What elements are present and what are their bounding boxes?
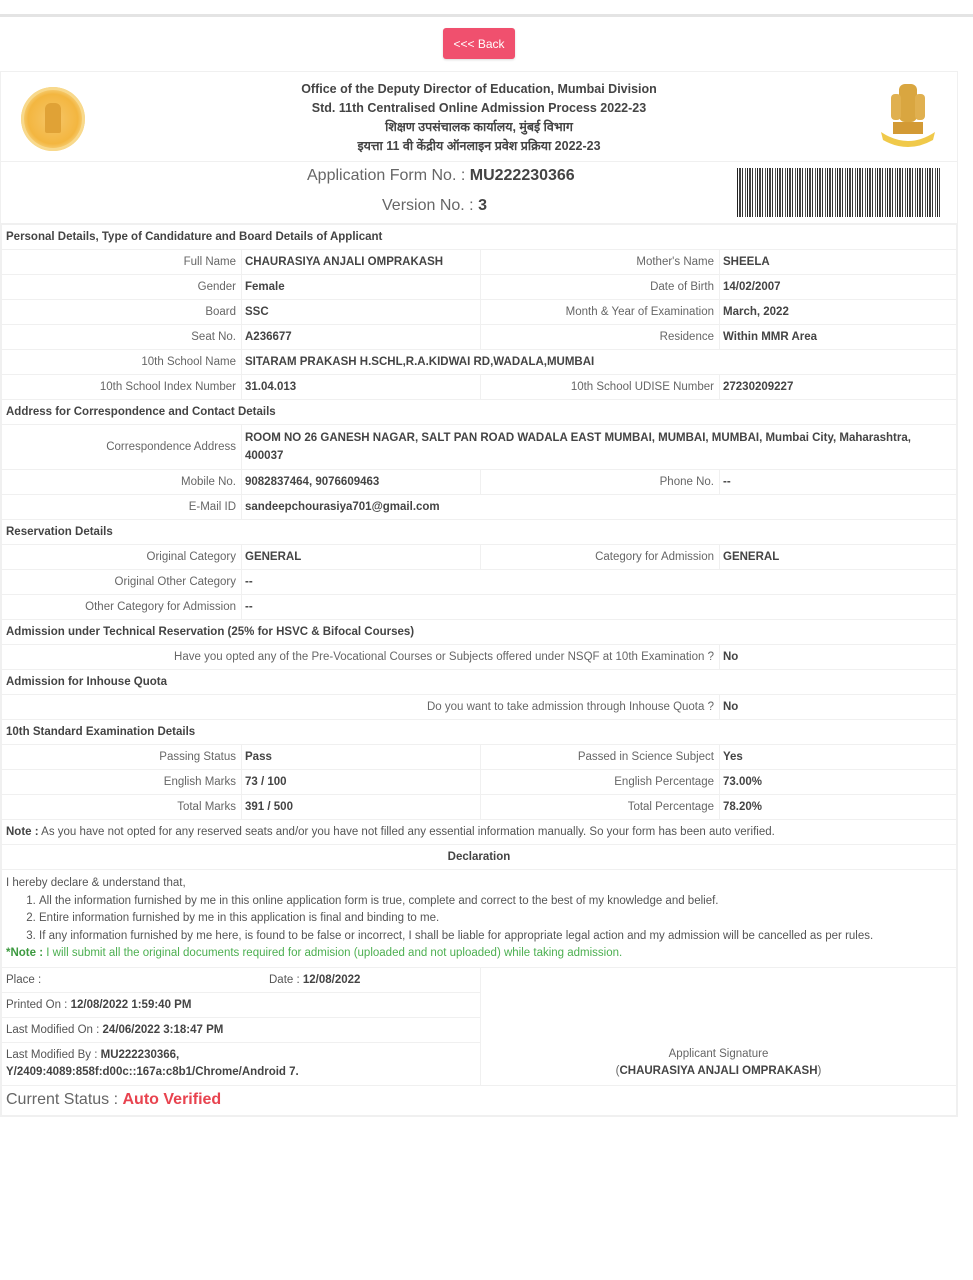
label: Mobile No.	[2, 470, 242, 495]
modified-label: Last Modified On :	[6, 1024, 99, 1036]
section-personal: Personal Details, Type of Candidature an…	[2, 225, 957, 250]
current-status: Current Status : Auto Verified	[2, 1085, 957, 1115]
label: Month & Year of Examination	[481, 300, 720, 325]
english-marks-value: 73 / 100	[242, 770, 481, 795]
form-number-label: Application Form No. :	[307, 167, 465, 184]
label: Total Marks	[2, 795, 242, 820]
header-line-3: शिक्षण उपसंचालक कार्यालय, मुंबई विभाग	[1, 118, 957, 137]
section-exam: 10th Standard Examination Details	[2, 720, 957, 745]
declaration-item: If any information furnished by me here,…	[39, 928, 952, 946]
residence-value: Within MMR Area	[720, 325, 957, 350]
mother-name-value: SHEELA	[720, 250, 957, 275]
form-number-line: Application Form No. : MU222230366	[307, 167, 575, 185]
declaration-note: *Note : I will submit all the original d…	[6, 945, 952, 963]
modified-by-cell: Last Modified By : MU222230366, Y/2409:4…	[2, 1042, 481, 1085]
modified-on-cell: Last Modified On : 24/06/2022 3:18:47 PM	[2, 1017, 481, 1042]
label: Correspondence Address	[2, 425, 242, 470]
declaration-body: I hereby declare & understand that, All …	[2, 870, 957, 968]
printed-label: Printed On :	[6, 999, 67, 1011]
label: Seat No.	[2, 325, 242, 350]
signature-name: CHAURASIYA ANJALI OMPRAKASH	[619, 1065, 817, 1077]
modified-by-device: Y/2409:4089:858f:d00c::167a:c8b1/Chrome/…	[6, 1066, 299, 1078]
label: 10th School UDISE Number	[481, 375, 720, 400]
school-index-value: 31.04.013	[242, 375, 481, 400]
board-value: SSC	[242, 300, 481, 325]
declaration-item: All the information furnished by me in t…	[39, 893, 952, 911]
label: Board	[2, 300, 242, 325]
label: Gender	[2, 275, 242, 300]
full-name-value: CHAURASIYA ANJALI OMPRAKASH	[242, 250, 481, 275]
mobile-value: 9082837464, 9076609463	[242, 470, 481, 495]
science-value: Yes	[720, 745, 957, 770]
label: Mother's Name	[481, 250, 720, 275]
version-line: Version No. : 3	[382, 197, 487, 215]
address-value: ROOM NO 26 GANESH NAGAR, SALT PAN ROAD W…	[242, 425, 957, 470]
label: Original Category	[2, 545, 242, 570]
printed-value: 12/08/2022 1:59:40 PM	[71, 999, 192, 1011]
declaration-note-text: I will submit all the original documents…	[43, 947, 622, 959]
school-name-value: SITARAM PRAKASH H.SCHL,R.A.KIDWAI RD,WAD…	[242, 350, 957, 375]
version-label: Version No. :	[382, 197, 474, 214]
label: E-Mail ID	[2, 495, 242, 520]
label: Have you opted any of the Pre-Vocational…	[2, 645, 720, 670]
section-address: Address for Correspondence and Contact D…	[2, 400, 957, 425]
date-value: 12/08/2022	[303, 974, 361, 986]
details-table: Personal Details, Type of Candidature an…	[1, 224, 957, 1116]
label: Date of Birth	[481, 275, 720, 300]
seat-no-value: A236677	[242, 325, 481, 350]
header-titles: Office of the Deputy Director of Educati…	[1, 80, 957, 156]
passing-status-value: Pass	[242, 745, 481, 770]
label: 10th School Index Number	[2, 375, 242, 400]
exam-month-value: March, 2022	[720, 300, 957, 325]
date-label: Date :	[269, 974, 300, 986]
ashoka-emblem-icon	[879, 82, 937, 152]
total-percentage-value: 78.20%	[720, 795, 957, 820]
dob-value: 14/02/2007	[720, 275, 957, 300]
header-line-2: Std. 11th Centralised Online Admission P…	[1, 99, 957, 118]
declaration-item: Entire information furnished by me in th…	[39, 910, 952, 928]
note-label: Note :	[6, 826, 39, 838]
label: Other Category for Admission	[2, 595, 242, 620]
signature-label: Applicant Signature	[485, 1046, 952, 1063]
header-line-4: इयत्ता 11 वी केंद्रीय ऑनलाइन प्रवेश प्रक…	[1, 137, 957, 156]
total-marks-value: 391 / 500	[242, 795, 481, 820]
label: Passed in Science Subject	[481, 745, 720, 770]
section-inhouse: Admission for Inhouse Quota	[2, 670, 957, 695]
application-document: Office of the Deputy Director of Educati…	[0, 71, 958, 1117]
auto-verify-note: Note : As you have not opted for any res…	[2, 820, 957, 845]
label: Total Percentage	[481, 795, 720, 820]
declaration-intro: I hereby declare & understand that,	[6, 875, 952, 893]
label: Do you want to take admission through In…	[2, 695, 720, 720]
signature-name-line: (CHAURASIYA ANJALI OMPRAKASH)	[485, 1063, 952, 1080]
printed-on-cell: Printed On : 12/08/2022 1:59:40 PM	[2, 992, 481, 1017]
label: Full Name	[2, 250, 242, 275]
declaration-title: Declaration	[2, 845, 957, 870]
email-value: sandeepchourasiya701@gmail.com	[242, 495, 957, 520]
label: English Percentage	[481, 770, 720, 795]
date-line: Date : 12/08/2022	[269, 974, 360, 986]
label: 10th School Name	[2, 350, 242, 375]
note-text: As you have not opted for any reserved s…	[39, 826, 775, 838]
section-reservation: Reservation Details	[2, 520, 957, 545]
udise-value: 27230209227	[720, 375, 957, 400]
signature-cell: Applicant Signature (CHAURASIYA ANJALI O…	[481, 967, 957, 1085]
modified-by-label: Last Modified By :	[6, 1049, 97, 1061]
phone-value: --	[720, 470, 957, 495]
admission-category-value: GENERAL	[720, 545, 957, 570]
label: Original Other Category	[2, 570, 242, 595]
inhouse-answer-value: No	[720, 695, 957, 720]
section-technical: Admission under Technical Reservation (2…	[2, 620, 957, 645]
label: English Marks	[2, 770, 242, 795]
english-percentage-value: 73.00%	[720, 770, 957, 795]
label: Residence	[481, 325, 720, 350]
status-label: Current Status :	[6, 1091, 118, 1108]
label: Category for Admission	[481, 545, 720, 570]
gender-value: Female	[242, 275, 481, 300]
label: Passing Status	[2, 745, 242, 770]
original-category-value: GENERAL	[242, 545, 481, 570]
header-line-1: Office of the Deputy Director of Educati…	[1, 80, 957, 99]
declaration-list: All the information furnished by me in t…	[6, 893, 952, 946]
declaration-note-label: *Note :	[6, 947, 43, 959]
label: Phone No.	[481, 470, 720, 495]
technical-answer-value: No	[720, 645, 957, 670]
barcode-image	[737, 168, 940, 217]
original-other-category-value: --	[242, 570, 957, 595]
back-button[interactable]: <<< Back	[443, 28, 515, 59]
place-date-cell: Place : Date : 12/08/2022	[2, 967, 481, 992]
top-divider	[0, 14, 973, 17]
version-value: 3	[478, 197, 487, 214]
status-badge: Auto Verified	[123, 1091, 222, 1108]
modified-value: 24/06/2022 3:18:47 PM	[103, 1024, 224, 1036]
modified-by-value: MU222230366,	[101, 1049, 180, 1061]
document-header: Office of the Deputy Director of Educati…	[1, 72, 957, 162]
form-number-value: MU222230366	[470, 167, 575, 184]
place-label: Place :	[6, 974, 41, 986]
other-admission-category-value: --	[242, 595, 957, 620]
form-number-block: Application Form No. : MU222230366 Versi…	[1, 162, 957, 224]
